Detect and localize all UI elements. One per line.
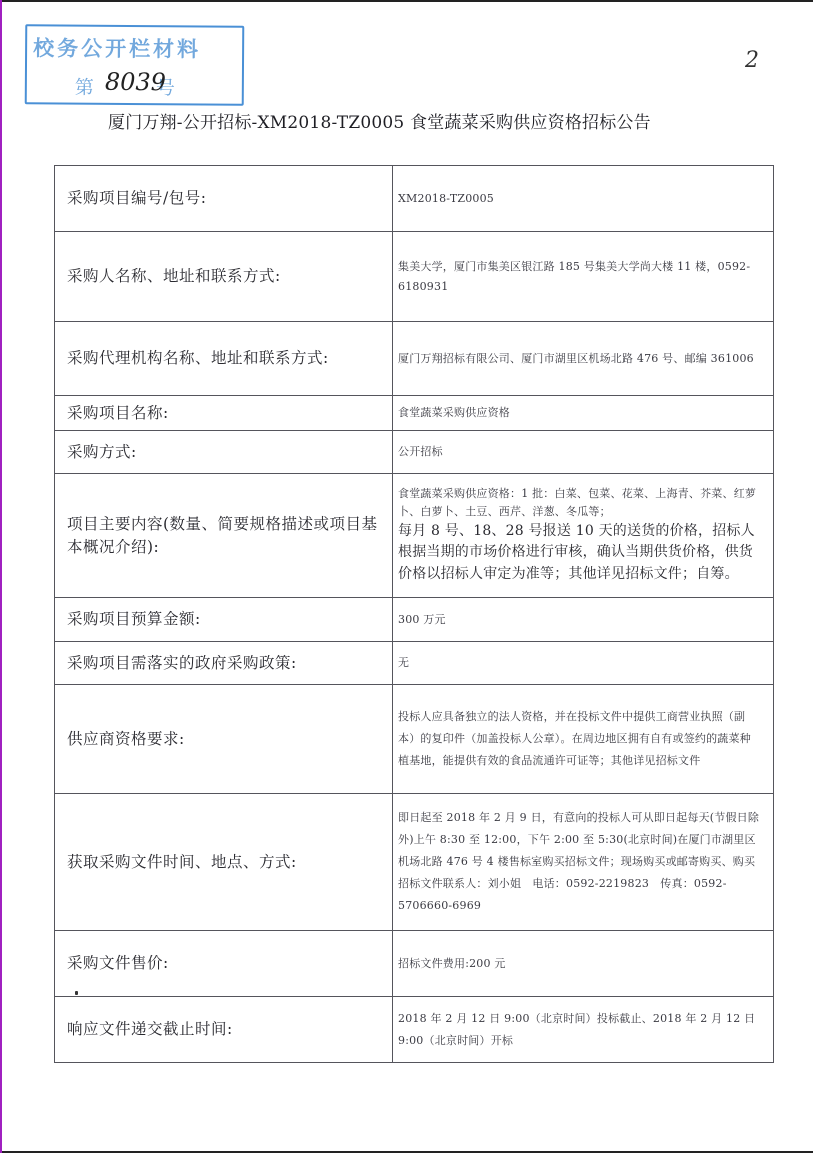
row-label: 项目主要内容(数量、简要规格描述或项目基本概况介绍): xyxy=(55,474,393,598)
table-row: 响应文件递交截止时间: 2018 年 2 月 12 日 9:00（北京时间）投标… xyxy=(55,997,774,1063)
table-row: 获取采购文件时间、地点、方式: 即日起至 2018 年 2 月 9 日，有意向的… xyxy=(55,794,774,931)
table-row: 采购人名称、地址和联系方式: 集美大学，厦门市集美区银江路 185 号集美大学尚… xyxy=(55,232,774,322)
scan-speck xyxy=(75,991,78,995)
stamp-handwritten-number: 8039 xyxy=(105,68,166,96)
row-label: 采购代理机构名称、地址和联系方式: xyxy=(55,322,393,396)
row-value: 招标文件费用:200 元 xyxy=(393,931,774,997)
row-label: 采购项目需落实的政府采购政策: xyxy=(55,642,393,685)
row-value: 2018 年 2 月 12 日 9:00（北京时间）投标截止、2018 年 2 … xyxy=(393,997,774,1063)
row-value: 厦门万翔招标有限公司、厦门市湖里区机场北路 476 号、邮编 361006 xyxy=(393,322,774,396)
row-value: 食堂蔬菜采购供应资格：1 批：白菜、包菜、花菜、上海青、芥菜、红萝卜、白萝卜、土… xyxy=(393,474,774,598)
document-title: 厦门万翔-公开招标-XM2018-TZ0005 食堂蔬菜采购供应资格招标公告 xyxy=(108,108,728,133)
row-label: 采购项目名称: xyxy=(55,396,393,431)
table-row: 采购项目编号/包号: XM2018-TZ0005 xyxy=(55,166,774,232)
row-value-detail-large: 每月 8 号、18、28 号报送 10 天的送货的价格，招标人根据当期的市场价格… xyxy=(398,521,761,586)
page-number: 2 xyxy=(745,48,759,73)
row-label: 采购文件售价: xyxy=(55,931,393,997)
row-value: XM2018-TZ0005 xyxy=(393,166,774,232)
row-label: 采购方式: xyxy=(55,431,393,474)
announcement-table: 采购项目编号/包号: XM2018-TZ0005 采购人名称、地址和联系方式: … xyxy=(54,165,774,1063)
row-value: 无 xyxy=(393,642,774,685)
table-row: 采购方式: 公开招标 xyxy=(55,431,774,474)
row-label: 采购项目预算金额: xyxy=(55,598,393,642)
table-row: 采购项目名称: 食堂蔬菜采购供应资格 xyxy=(55,396,774,431)
row-label: 采购项目编号/包号: xyxy=(55,166,393,232)
row-label: 获取采购文件时间、地点、方式: xyxy=(55,794,393,931)
row-value: 即日起至 2018 年 2 月 9 日，有意向的投标人可从即日起每天(节假日除外… xyxy=(393,794,774,931)
row-label: 响应文件递交截止时间: xyxy=(55,997,393,1063)
row-value: 投标人应具备独立的法人资格，并在投标文件中提供工商营业执照（副本）的复印件（加盖… xyxy=(393,685,774,794)
row-value: 300 万元 xyxy=(393,598,774,642)
table-row: 项目主要内容(数量、简要规格描述或项目基本概况介绍): 食堂蔬菜采购供应资格：1… xyxy=(55,474,774,598)
disclosure-stamp: 校务公开栏材料 第号 8039 xyxy=(25,24,245,106)
table-row: 供应商资格要求: 投标人应具备独立的法人资格，并在投标文件中提供工商营业执照（副… xyxy=(55,685,774,794)
table-row: 采购文件售价: 招标文件费用:200 元 xyxy=(55,931,774,997)
table-row: 采购项目预算金额: 300 万元 xyxy=(55,598,774,642)
row-value-detail: 食堂蔬菜采购供应资格：1 批：白菜、包菜、花菜、上海青、芥菜、红萝卜、白萝卜、土… xyxy=(398,485,761,520)
table-row: 采购项目需落实的政府采购政策: 无 xyxy=(55,642,774,685)
row-label: 供应商资格要求: xyxy=(55,685,393,794)
scan-left-edge xyxy=(0,0,2,1153)
row-value: 食堂蔬菜采购供应资格 xyxy=(393,396,774,431)
row-value: 公开招标 xyxy=(393,431,774,474)
stamp-prefix: 第 xyxy=(75,77,94,99)
table-row: 采购代理机构名称、地址和联系方式: 厦门万翔招标有限公司、厦门市湖里区机场北路 … xyxy=(55,322,774,396)
row-value: 集美大学，厦门市集美区银江路 185 号集美大学尚大楼 11 楼，0592-61… xyxy=(393,232,774,322)
stamp-title: 校务公开栏材料 xyxy=(33,32,201,63)
scan-top-edge xyxy=(0,0,813,2)
row-label: 采购人名称、地址和联系方式: xyxy=(55,232,393,322)
